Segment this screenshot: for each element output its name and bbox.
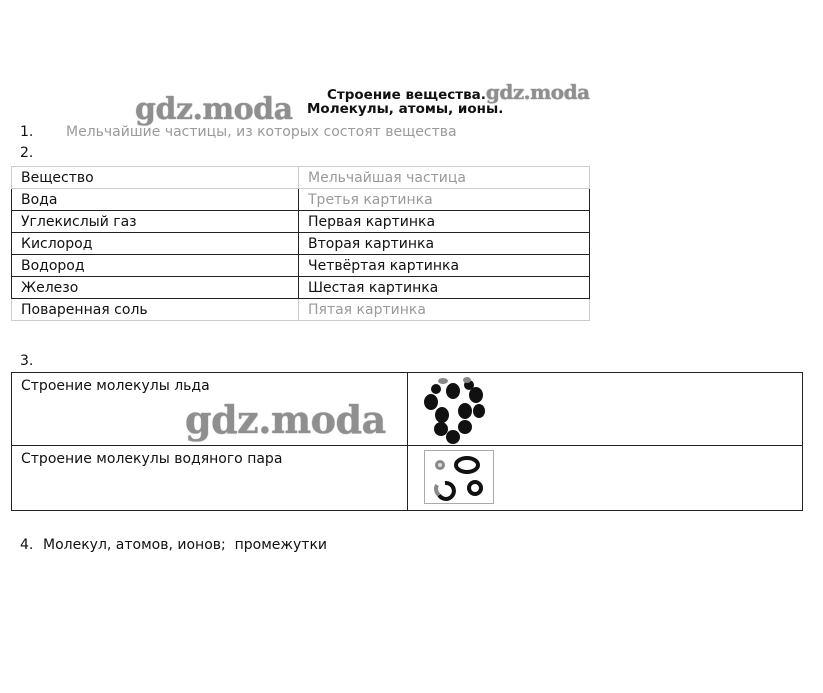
title-line-2: Молекулы, атомы, ионы. bbox=[307, 101, 503, 117]
particle-cell: Пятая картинка bbox=[299, 299, 590, 321]
substance-cell: Углекислый газ bbox=[12, 211, 299, 233]
particle-cell: Четвёртая картинка bbox=[299, 255, 590, 277]
particle-cell: Вторая картинка bbox=[299, 233, 590, 255]
ice-image-cell bbox=[408, 373, 803, 446]
substance-cell: Водород bbox=[12, 255, 299, 277]
table-row: Водород Четвёртая картинка bbox=[12, 255, 590, 277]
task-4-answer: Молекул, атомов, ионов; промежутки bbox=[43, 537, 327, 553]
particle-cell: Шестая картинка bbox=[299, 277, 590, 299]
task-3-number: 3. bbox=[20, 353, 33, 369]
vapor-image-cell bbox=[408, 446, 803, 511]
task-4-number: 4. bbox=[20, 537, 33, 553]
task-1-number: 1. bbox=[20, 124, 33, 140]
task-1-answer: Мельчайшие частицы, из которых состоят в… bbox=[66, 124, 457, 140]
table-row: Поваренная соль Пятая картинка bbox=[12, 299, 590, 321]
substance-cell: Поваренная соль bbox=[12, 299, 299, 321]
header-particle: Мельчайшая частица bbox=[299, 167, 590, 189]
substance-cell: Железо bbox=[12, 277, 299, 299]
table-row: Строение молекулы льда bbox=[12, 373, 803, 446]
table-row: Кислород Вторая картинка bbox=[12, 233, 590, 255]
water-vapor-molecules-icon bbox=[424, 450, 494, 504]
task-2-number: 2. bbox=[20, 145, 33, 161]
watermark: gdz.moda bbox=[185, 397, 386, 442]
particle-cell: Первая картинка bbox=[299, 211, 590, 233]
substance-particle-table: Вещество Мельчайшая частица Вода Третья … bbox=[11, 166, 590, 321]
table-header-row: Вещество Мельчайшая частица bbox=[12, 167, 590, 189]
watermark: gdz.moda bbox=[135, 92, 293, 127]
table-row: Строение молекулы водяного пара bbox=[12, 446, 803, 511]
table-row: Вода Третья картинка bbox=[12, 189, 590, 211]
ice-molecule-icon bbox=[421, 377, 491, 445]
header-substance: Вещество bbox=[12, 167, 299, 189]
vapor-label: Строение молекулы водяного пара bbox=[12, 446, 408, 511]
substance-cell: Кислород bbox=[12, 233, 299, 255]
table-row: Углекислый газ Первая картинка bbox=[12, 211, 590, 233]
substance-cell: Вода bbox=[12, 189, 299, 211]
table-row: Железо Шестая картинка bbox=[12, 277, 590, 299]
molecule-structure-table: Строение молекулы льда Строение молекулы… bbox=[11, 372, 803, 511]
particle-cell: Третья картинка bbox=[299, 189, 590, 211]
